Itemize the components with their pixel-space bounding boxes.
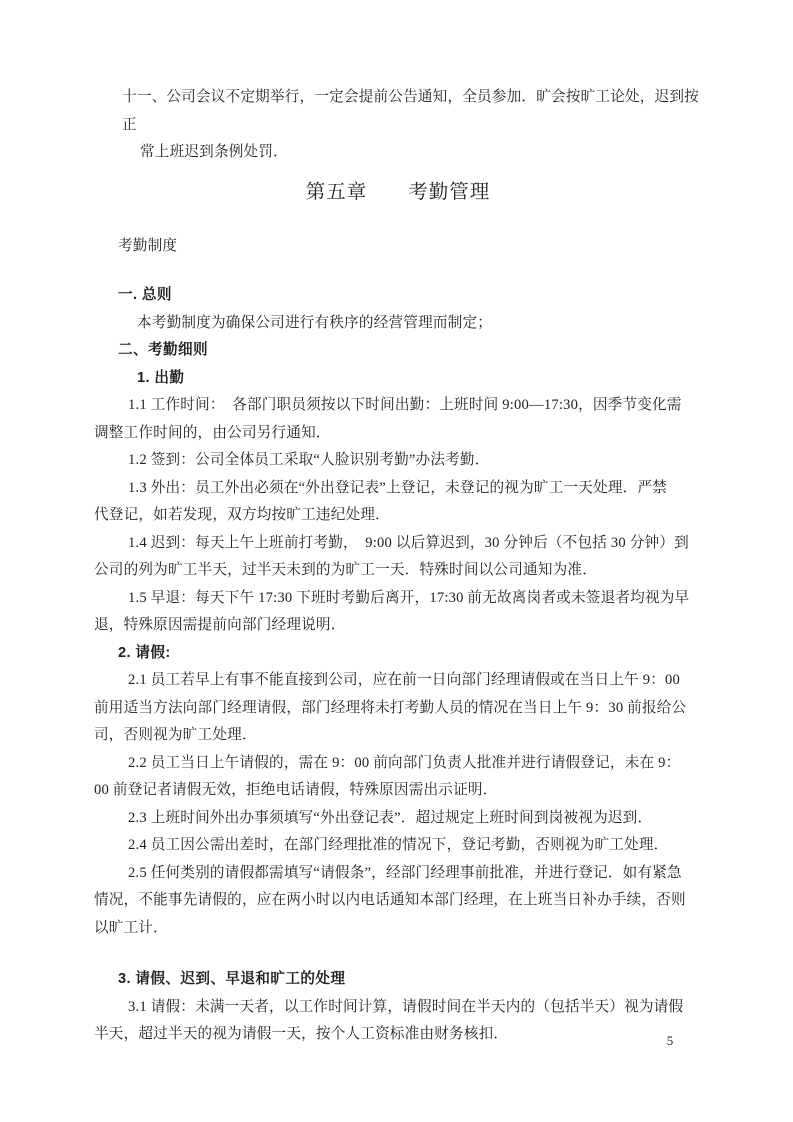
handling-line: 3.1 请假：未满一天者，以工作时间计算，请假时间在半天内的（包括半天）视为请假 xyxy=(94,994,702,1022)
section-heading-rules: 二、考勤细则 xyxy=(94,337,702,365)
subsection-heading-handling: 3. 请假、迟到、早退和旷工的处理 xyxy=(94,966,702,994)
attendance-line: 1.5 早退：每天下午 17:30 下班时考勤后离开，17:30 前无故离岗者或… xyxy=(94,585,702,613)
section-general-body: 本考勤制度为确保公司进行有秩序的经营管理而制定； xyxy=(94,310,702,338)
subsection-heading-leave: 2. 请假: xyxy=(94,640,702,668)
section-heading-general: 一. 总则 xyxy=(94,282,702,310)
attendance-line: 公司的列为旷工半天，过半天未到的为旷工一天．特殊时间以公司通知为准． xyxy=(94,557,702,585)
leave-line: 2.1 员工若早上有事不能直接到公司，应在前一日向部门经理请假或在当日上午 9：… xyxy=(94,667,702,695)
attendance-line: 调整工作时间的，由公司另行通知． xyxy=(94,420,702,448)
leave-line: 2.4 员工因公需出差时，在部门经理批准的情况下，登记考勤，否则视为旷工处理． xyxy=(94,832,702,860)
subsection-heading-attendance: 1. 出勤 xyxy=(94,365,702,393)
leave-line: 2.2 员工当日上午请假的，需在 9：00 前向部门负责人批准并进行请假登记，未… xyxy=(94,750,702,778)
document-content: 十一、公司会议不定期举行，一定会提前公告通知，全员参加．旷会按旷工论处，迟到按正… xyxy=(94,84,702,1049)
intro-paragraph-line: 常上班迟到条例处罚． xyxy=(94,139,702,167)
leave-line: 2.5 任何类别的请假都需填写“请假条”，经部门经理事前批准，并进行登记．如有紧… xyxy=(94,860,702,888)
attendance-line: 1.2 签到：公司全体员工采取“人脸识别考勤”办法考勤． xyxy=(94,447,702,475)
leave-line: 以旷工计． xyxy=(94,915,702,943)
page-number: 5 xyxy=(660,1032,680,1050)
leave-line: 情况，不能事先请假的，应在两小时以内电话通知本部门经理，在上班当日补办手续，否则 xyxy=(94,887,702,915)
doc-title: 考勤制度 xyxy=(94,233,702,261)
handling-line: 半天，超过半天的视为请假一天，按个人工资标准由财务核扣． xyxy=(94,1021,702,1049)
intro-paragraph-line: 十一、公司会议不定期举行，一定会提前公告通知，全员参加．旷会按旷工论处，迟到按正 xyxy=(94,84,702,139)
attendance-line: 1.1 工作时间： 各部门职员须按以下时间出勤：上班时间 9:00—17:30，… xyxy=(94,392,702,420)
attendance-line: 退，特殊原因需提前向部门经理说明． xyxy=(94,612,702,640)
attendance-line: 代登记，如若发现，双方均按旷工违纪处理． xyxy=(94,502,702,530)
attendance-line: 1.4 迟到：每天上午上班前打考勤， 9:00 以后算迟到，30 分钟后（不包括… xyxy=(94,530,702,558)
leave-line: 司，否则视为旷工处理． xyxy=(94,722,702,750)
chapter-heading: 第五章 考勤管理 xyxy=(94,178,702,208)
leave-line: 00 前登记者请假无效，拒绝电话请假，特殊原因需出示证明． xyxy=(94,777,702,805)
leave-line: 前用适当方法向部门经理请假，部门经理将未打考勤人员的情况在当日上午 9：30 前… xyxy=(94,695,702,723)
attendance-line: 1.3 外出：员工外出必须在“外出登记表”上登记，未登记的视为旷工一天处理．严禁 xyxy=(94,475,702,503)
document-page: 十一、公司会议不定期举行，一定会提前公告通知，全员参加．旷会按旷工论处，迟到按正… xyxy=(0,0,793,1122)
leave-line: 2.3 上班时间外出办事须填写“外出登记表”．超过规定上班时间到岗被视为迟到． xyxy=(94,805,702,833)
